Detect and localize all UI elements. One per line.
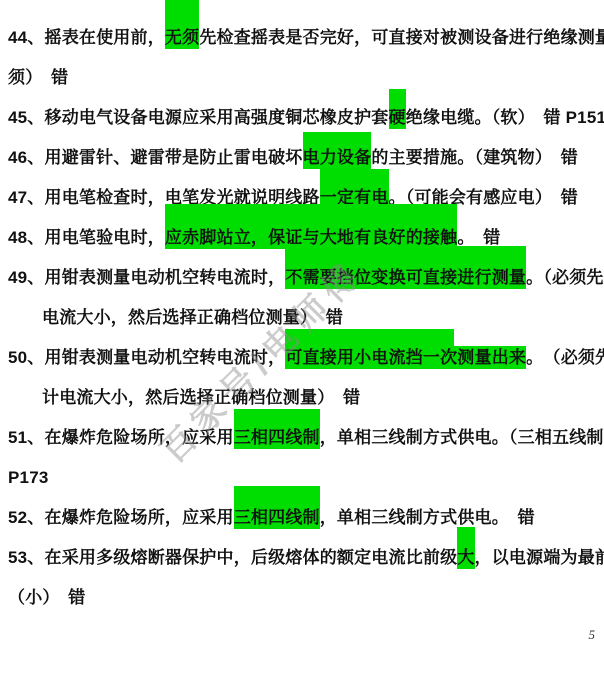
- question-text: ，单相三线制方式供电。 错: [320, 508, 535, 527]
- text-line: 46、用避雷针、避雷带是防止雷电破坏电力设备的主要措施。（建筑物） 错: [0, 138, 604, 178]
- answer-highlight: 三相四线制: [234, 506, 320, 529]
- text-line: （小） 错: [0, 578, 604, 618]
- text-line: 44、摇表在使用前，无须先检查摇表是否完好，可直接对被测设备进行绝缘测量。（必: [0, 18, 604, 58]
- question-text: 45、移动电气设备电源应采用高强度铜芯橡皮护套: [8, 108, 389, 127]
- question-text: 电流大小，然后选择正确档位测量） 错: [42, 308, 343, 327]
- page-number: 5: [589, 627, 596, 643]
- question-text: 51、在爆炸危险场所，应采用: [8, 428, 234, 447]
- question-text: 50、用钳表测量电动机空转电流时，: [8, 348, 285, 367]
- question-text: 计电流大小，然后选择正确档位测量） 错: [42, 388, 360, 407]
- scanned-exam-page: 44、摇表在使用前，无须先检查摇表是否完好，可直接对被测设备进行绝缘测量。（必须…: [0, 0, 604, 680]
- question-text: 绝缘电缆。（软） 错 P151: [406, 108, 604, 127]
- answer-highlight: 电力设备: [303, 146, 372, 169]
- text-line: 53、在采用多级熔断器保护中，后级熔体的额定电流比前级大，以电源端为最前端。: [0, 538, 604, 578]
- question-text: 49、用钳表测量电动机空转电流时，: [8, 268, 285, 287]
- question-text: 的主要措施。（建筑物） 错: [371, 148, 578, 167]
- answer-highlight: 三相四线制: [234, 426, 320, 449]
- answer-highlight: 硬: [389, 106, 406, 129]
- answer-highlight: 不需要挡位变换可直接进行测量: [285, 266, 526, 289]
- text-line: 50、用钳表测量电动机空转电流时，可直接用小电流挡一次测量出来。 （必须先估: [0, 338, 604, 378]
- question-lines: 44、摇表在使用前，无须先检查摇表是否完好，可直接对被测设备进行绝缘测量。（必须…: [0, 18, 604, 618]
- question-text: ，单相三线制方式供电。（三相五线制） 错: [320, 428, 604, 447]
- question-text: 44、摇表在使用前，: [8, 28, 165, 47]
- question-text: 。（必须先估计: [526, 268, 604, 287]
- answer-highlight: 大: [457, 546, 474, 569]
- answer-highlight: 无须: [165, 26, 199, 49]
- question-text: ，以电源端为最前端。: [475, 548, 604, 567]
- text-line: 51、在爆炸危险场所，应采用三相四线制，单相三线制方式供电。（三相五线制） 错: [0, 418, 604, 458]
- answer-highlight: 可直接用小电流挡一次测量出来: [285, 346, 526, 369]
- question-text: 。 （必须先估: [526, 348, 604, 367]
- question-text: P173: [8, 468, 49, 487]
- question-text: 48、用电笔验电时，: [8, 228, 165, 247]
- question-text: 。 错: [457, 228, 500, 247]
- text-line: 49、用钳表测量电动机空转电流时，不需要挡位变换可直接进行测量。（必须先估计: [0, 258, 604, 298]
- question-text: 53、在采用多级熔断器保护中，后级熔体的额定电流比前级: [8, 548, 457, 567]
- text-line: 须） 错: [0, 58, 604, 98]
- text-line: 52、在爆炸危险场所，应采用三相四线制，单相三线制方式供电。 错: [0, 498, 604, 538]
- question-text: （小） 错: [8, 588, 86, 607]
- question-text: 须） 错: [8, 68, 68, 87]
- question-text: 46、用避雷针、避雷带是防止雷电破坏: [8, 148, 303, 167]
- question-text: 先检查摇表是否完好，可直接对被测设备进行绝缘测量。（必: [199, 28, 604, 47]
- question-text: 52、在爆炸危险场所，应采用: [8, 508, 234, 527]
